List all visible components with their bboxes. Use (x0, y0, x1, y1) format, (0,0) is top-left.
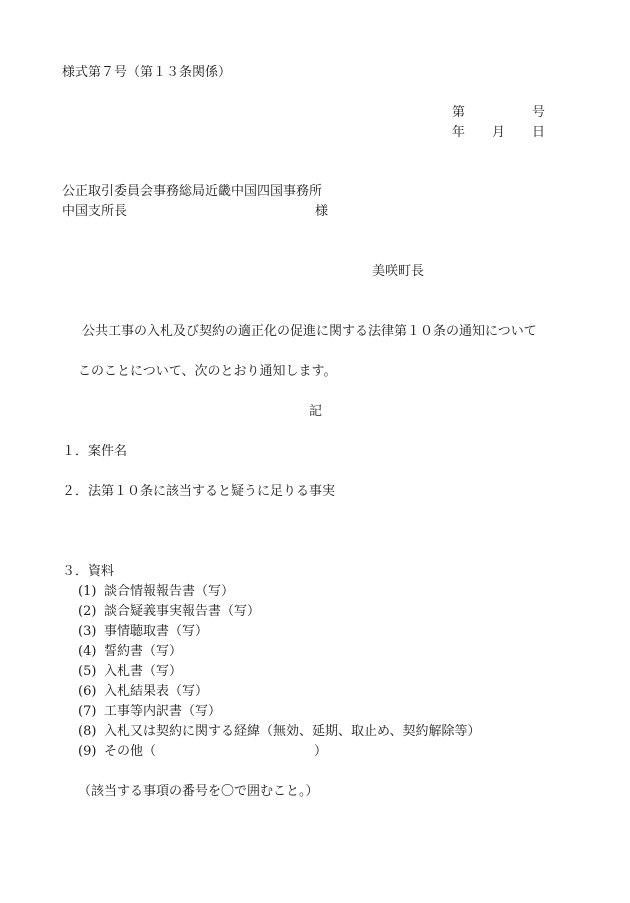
section-facts: ２．法第１０条に該当すると疑うに足りる事実 (62, 484, 335, 500)
list-item: (2)談合疑義事実報告書（写） (78, 604, 260, 620)
date-month: 月 (492, 125, 505, 141)
section-case-name: １．案件名 (62, 444, 127, 460)
list-item: (6)入札結果表（写） (78, 684, 208, 700)
list-item: (5)入札書（写） (78, 664, 182, 680)
section-materials: ３．資料 (62, 564, 114, 580)
item-number: (1) (78, 584, 104, 600)
date-year: 年 (452, 125, 465, 141)
item-text: 入札結果表（写） (104, 684, 208, 699)
item-text: 入札又は契約に関する経緯（無効、延期、取止め、契約解除等） (104, 724, 480, 739)
item-text: 談合情報報告書（写） (104, 584, 234, 599)
body-text: このことについて、次のとおり通知します。 (78, 364, 336, 380)
ki-heading: 記 (309, 404, 322, 420)
list-item: (7)工事等内訳書（写） (78, 704, 221, 720)
item-text: 事情聴取書（写） (104, 624, 208, 639)
item-number: (4) (78, 644, 104, 660)
list-item: (1)談合情報報告書（写） (78, 584, 234, 600)
item-number: (8) (78, 724, 104, 740)
other-close-paren: ） (314, 744, 327, 760)
list-item: (9)その他（ (78, 744, 156, 760)
subject-line: 公共工事の入札及び契約の適正化の促進に関する法律第１０条の通知について (82, 324, 537, 340)
item-text: 入札書（写） (104, 664, 182, 679)
item-text: その他（ (104, 744, 156, 759)
note-text: （該当する事項の番号を〇で囲むこと。） (78, 784, 319, 800)
item-number: (2) (78, 604, 104, 620)
date-day: 日 (532, 125, 545, 141)
item-text: 工事等内訳書（写） (104, 704, 221, 719)
list-item: (3)事情聴取書（写） (78, 624, 208, 640)
ref-number-prefix: 第 (452, 105, 465, 121)
form-label: 様式第７号（第１３条関係） (62, 65, 231, 81)
item-number: (6) (78, 684, 104, 700)
addressee-line2: 中国支所長 (62, 204, 127, 220)
item-number: (9) (78, 744, 104, 760)
item-number: (7) (78, 704, 104, 720)
item-text: 誓約書（写） (104, 644, 182, 659)
addressee-honorific: 様 (315, 204, 328, 220)
list-item: (4)誓約書（写） (78, 644, 182, 660)
item-text: 談合疑義事実報告書（写） (104, 604, 260, 619)
list-item: (8)入札又は契約に関する経緯（無効、延期、取止め、契約解除等） (78, 724, 480, 740)
item-number: (3) (78, 624, 104, 640)
sender-name: 美咲町長 (372, 264, 424, 280)
item-number: (5) (78, 664, 104, 680)
ref-number-suffix: 号 (532, 105, 545, 121)
addressee-line1: 公正取引委員会事務総局近畿中国四国事務所 (62, 184, 322, 200)
